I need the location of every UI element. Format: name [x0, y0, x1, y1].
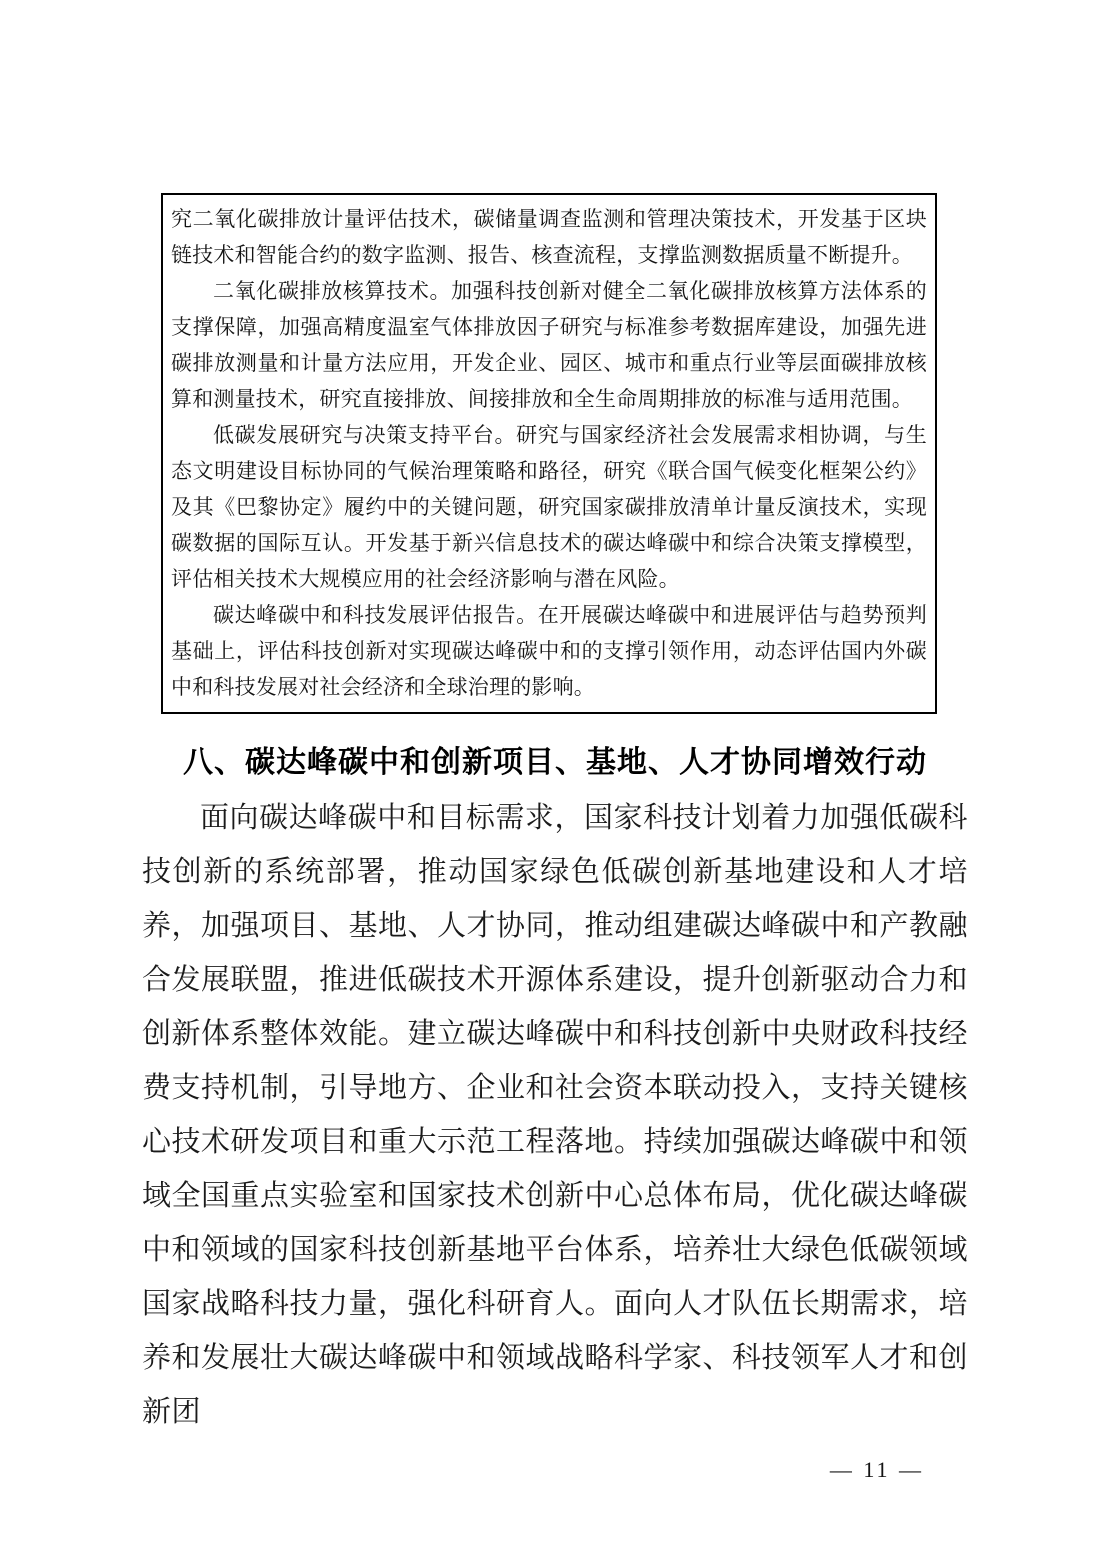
body-paragraph: 面向碳达峰碳中和目标需求，国家科技计划着力加强低碳科技创新的系统部署，推动国家绿… — [142, 791, 968, 1439]
document-page: 究二氧化碳排放计量评估技术，碳储量调查监测和管理决策技术，开发基于区块链技术和智… — [0, 0, 1102, 1559]
box-paragraph-1: 究二氧化碳排放计量评估技术，碳储量调查监测和管理决策技术，开发基于区块链技术和智… — [171, 201, 927, 273]
box-paragraph-4: 碳达峰碳中和科技发展评估报告。在开展碳达峰碳中和进展评估与趋势预判基础上，评估科… — [171, 597, 927, 705]
box-paragraph-2: 二氧化碳排放核算技术。加强科技创新对健全二氧化碳排放核算方法体系的支撑保障，加强… — [171, 273, 927, 417]
page-content: 究二氧化碳排放计量评估技术，碳储量调查监测和管理决策技术，开发基于区块链技术和智… — [142, 0, 968, 1483]
section-heading: 八、碳达峰碳中和创新项目、基地、人才协同增效行动 — [142, 745, 968, 781]
page-number: — 11 — — [142, 1457, 968, 1483]
boxed-text-block: 究二氧化碳排放计量评估技术，碳储量调查监测和管理决策技术，开发基于区块链技术和智… — [161, 193, 937, 714]
box-paragraph-3: 低碳发展研究与决策支持平台。研究与国家经济社会发展需求相协调，与生态文明建设目标… — [171, 417, 927, 597]
